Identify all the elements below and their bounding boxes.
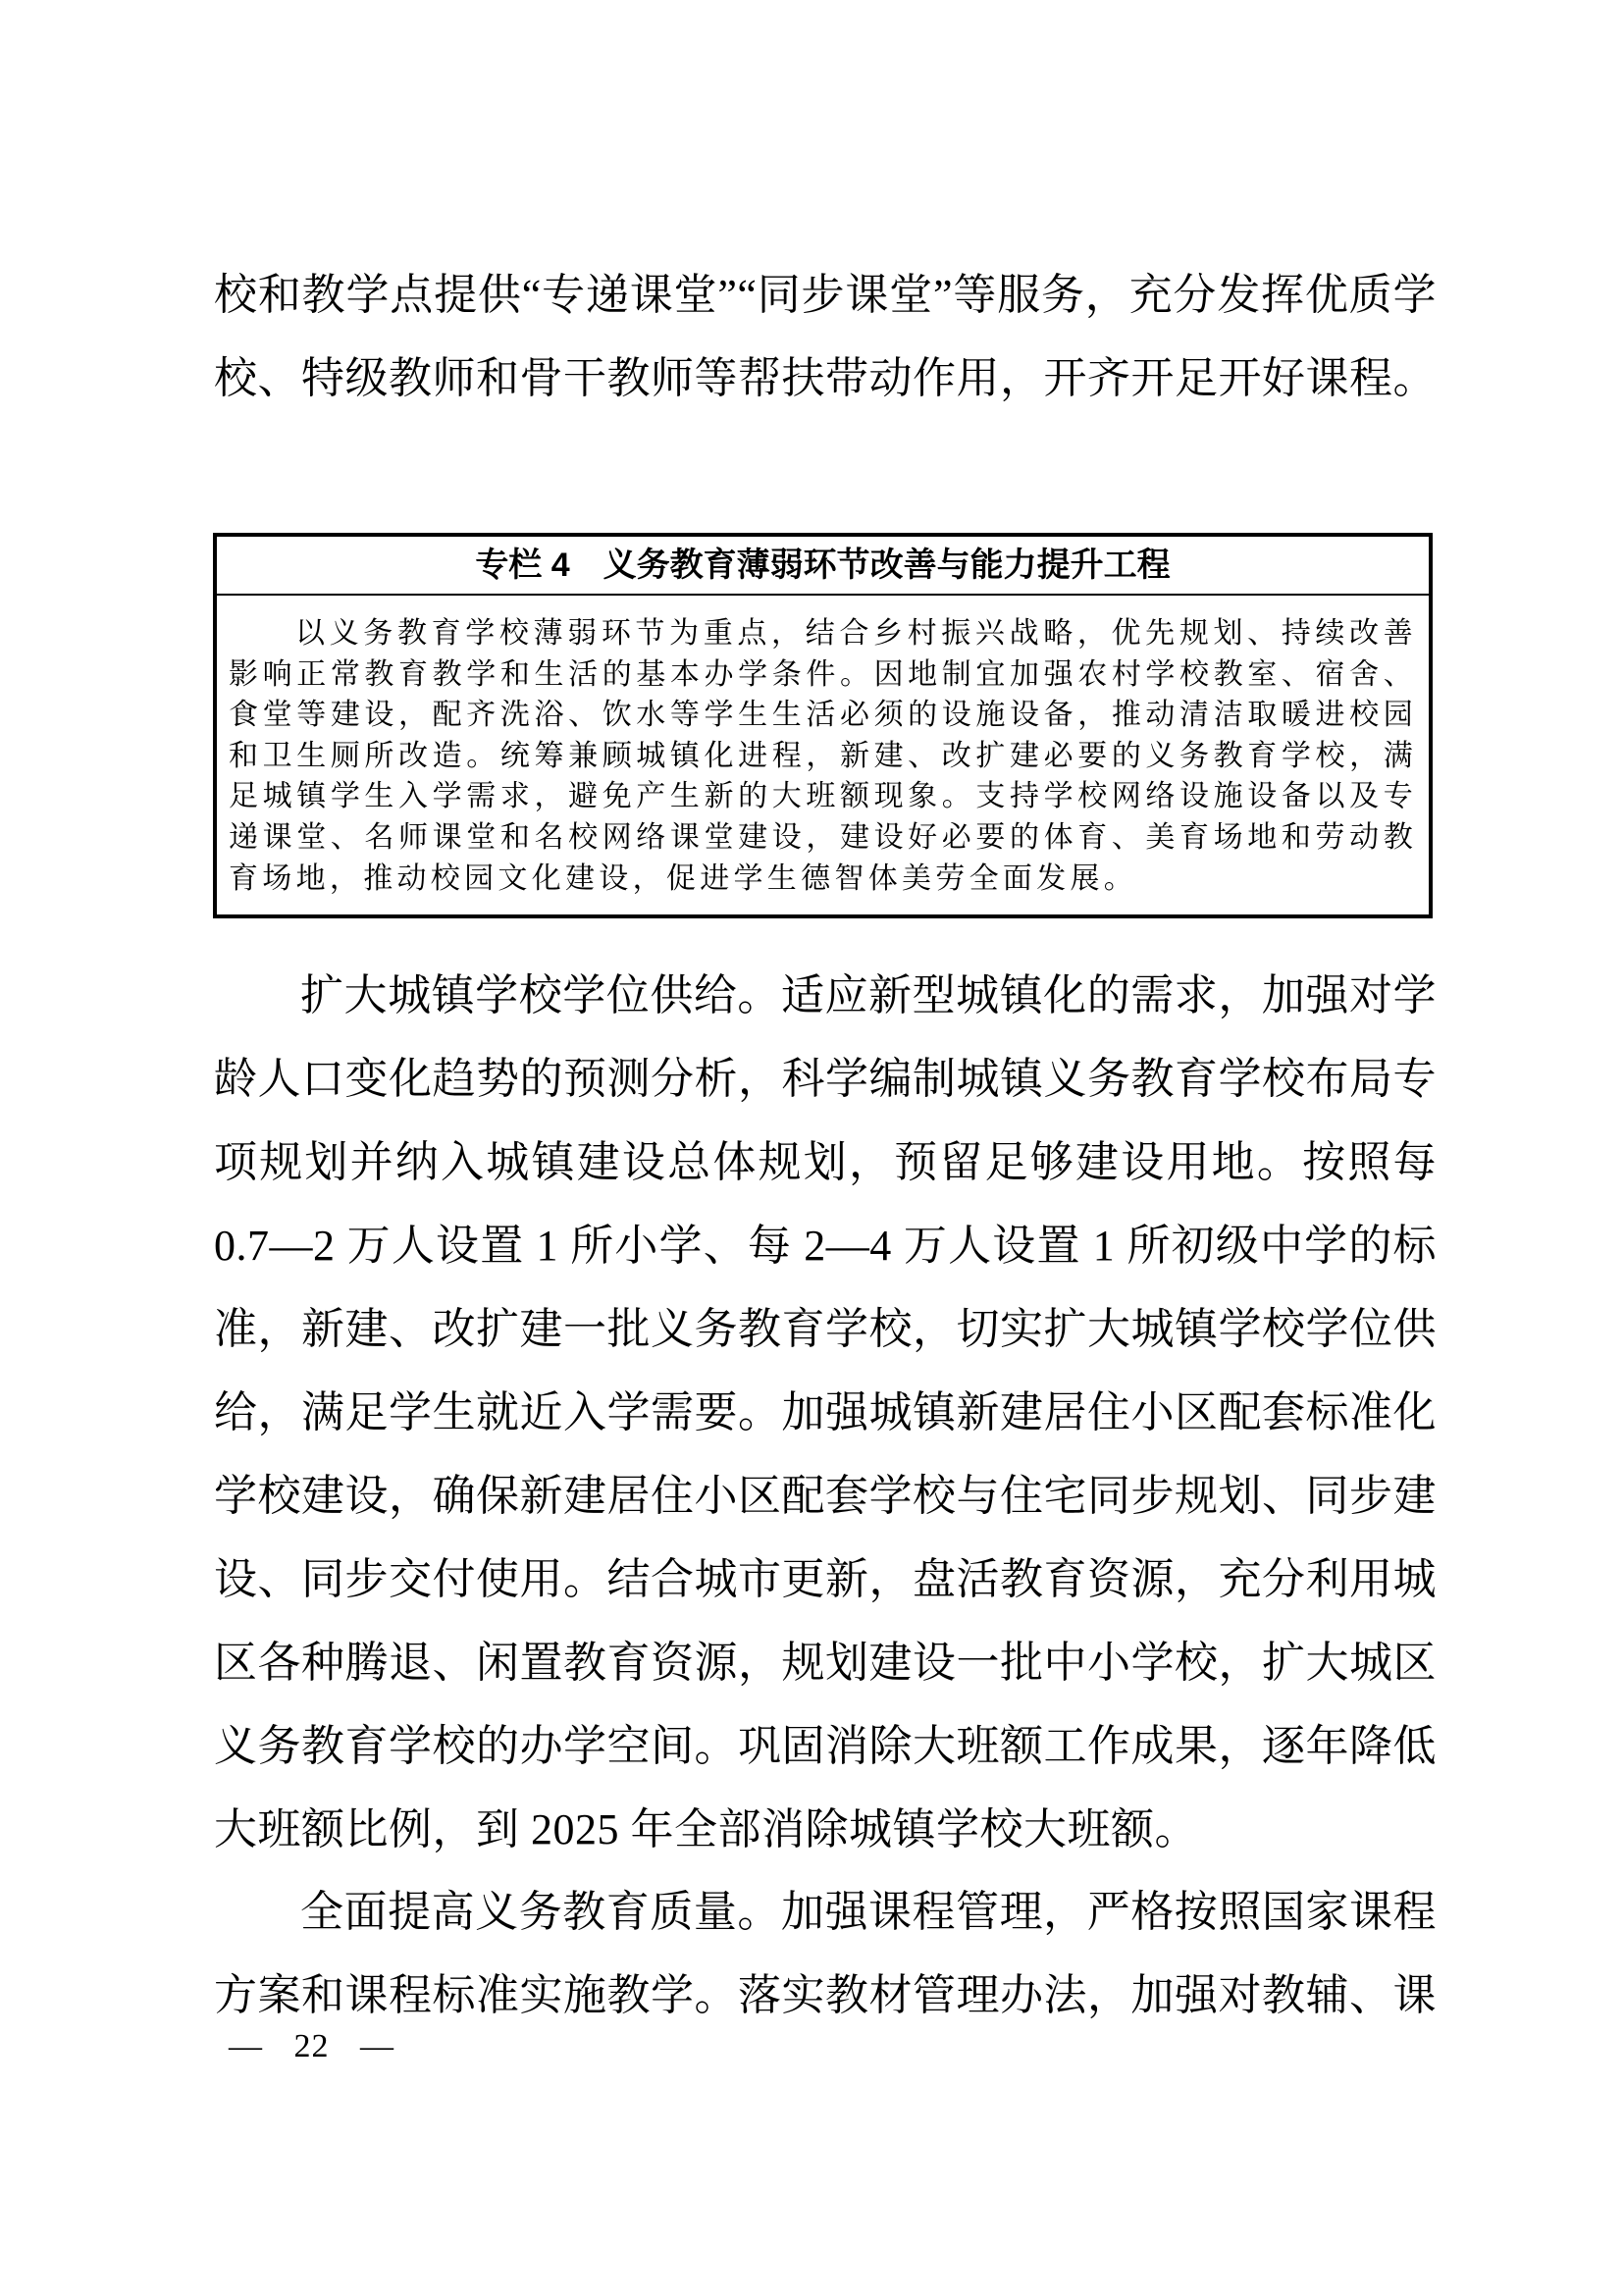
- box-body-text: 以义务教育学校薄弱环节为重点，结合乡村振兴战略，优先规划、持续改善影响正常教育教…: [217, 596, 1429, 914]
- paragraph-continuation: 校和教学点提供“专递课堂”“同步课堂”等服务，充分发挥优质学校、特级教师和骨干教…: [214, 253, 1437, 420]
- paragraph-education-quality: 全面提高义务教育质量。加强课程管理，严格按照国家课程方案和课程标准实施教学。落实…: [214, 1870, 1437, 2037]
- special-column-box: 专栏 4 义务教育薄弱环节改善与能力提升工程 以义务教育学校薄弱环节为重点，结合…: [213, 533, 1433, 918]
- page-number: — 22 —: [229, 2027, 394, 2066]
- box-title: 专栏 4 义务教育薄弱环节改善与能力提升工程: [217, 537, 1429, 596]
- paragraph-school-capacity: 扩大城镇学校学位供给。适应新型城镇化的需求，加强对学龄人口变化趋势的预测分析，科…: [214, 954, 1437, 1871]
- document-page: 校和教学点提供“专递课堂”“同步课堂”等服务，充分发挥优质学校、特级教师和骨干教…: [0, 0, 1624, 2296]
